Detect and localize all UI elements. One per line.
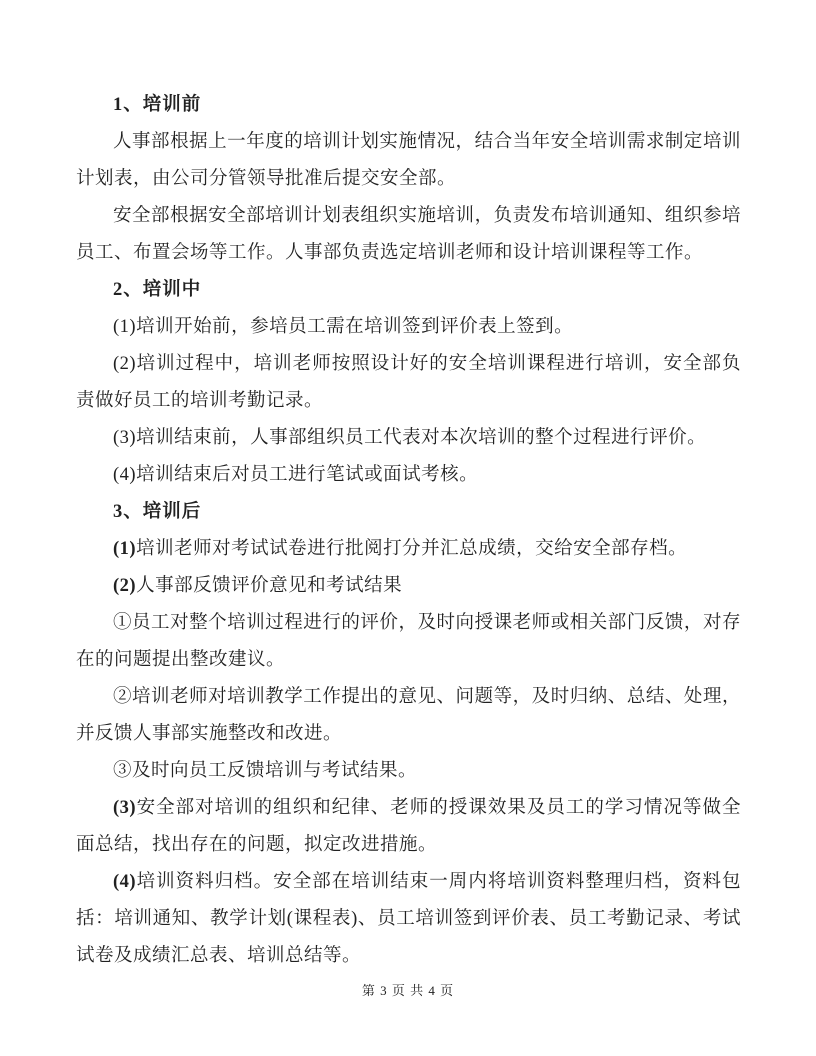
paragraph: (3)安全部对培训的组织和纪律、老师的授课效果及员工的学习情况等做全面总结，找出… <box>76 790 741 864</box>
paragraph: 安全部根据安全部培训计划表组织实施培训，负责发布培训通知、组织参培员工、布置会场… <box>76 198 741 272</box>
paragraph-text: 安全部对培训的组织和纪律、老师的授课效果及员工的学习情况等做全面总结，找出存在的… <box>76 798 741 855</box>
paragraph: (4)培训资料归档。安全部在培训结束一周内将培训资料整理归档，资料包括：培训通知… <box>76 864 741 975</box>
paragraph-text: (4)培训结束后对员工进行笔试或面试考核。 <box>113 465 478 485</box>
paragraph-text: (2)培训过程中，培训老师按照设计好的安全培训课程进行培训，安全部负责做好员工的… <box>76 354 741 411</box>
paragraph-text: ②培训老师对培训教学工作提出的意见、问题等，及时归纳、总结、处理，并反馈人事部实… <box>76 687 741 744</box>
paragraph-text: 安全部根据安全部培训计划表组织实施培训，负责发布培训通知、组织参培员工、布置会场… <box>76 206 741 263</box>
section-3-heading: 3、培训后 <box>76 494 741 531</box>
list-marker: (1) <box>113 539 136 559</box>
list-marker: (2) <box>113 576 136 596</box>
document-body: 1、培训前 人事部根据上一年度的培训计划实施情况，结合当年安全培训需求制定培训计… <box>76 87 741 975</box>
paragraph-text: (3)培训结束前，人事部组织员工代表对本次培训的整个过程进行评价。 <box>113 428 706 448</box>
paragraph-text: 培训资料归档。安全部在培训结束一周内将培训资料整理归档，资料包括：培训通知、教学… <box>76 872 741 966</box>
paragraph: (2)人事部反馈评价意见和考试结果 <box>76 568 741 605</box>
page-footer: 第 3 页 共 4 页 <box>0 981 816 1001</box>
document-page: 1、培训前 人事部根据上一年度的培训计划实施情况，结合当年安全培训需求制定培训计… <box>0 0 816 1056</box>
paragraph: (4)培训结束后对员工进行笔试或面试考核。 <box>76 457 741 494</box>
paragraph: 人事部根据上一年度的培训计划实施情况，结合当年安全培训需求制定培训计划表，由公司… <box>76 124 741 198</box>
section-1-heading: 1、培训前 <box>76 87 741 124</box>
paragraph-text: 人事部反馈评价意见和考试结果 <box>136 576 402 596</box>
section-2-heading: 2、培训中 <box>76 272 741 309</box>
paragraph: (1)培训老师对考试试卷进行批阅打分并汇总成绩，交给安全部存档。 <box>76 531 741 568</box>
paragraph-text: ③及时向员工反馈培训与考试结果。 <box>113 761 417 781</box>
paragraph: (3)培训结束前，人事部组织员工代表对本次培训的整个过程进行评价。 <box>76 420 741 457</box>
page-number-indicator: 第 3 页 共 4 页 <box>362 983 454 998</box>
paragraph: ①员工对整个培训过程进行的评价，及时向授课老师或相关部门反馈，对存在的问题提出整… <box>76 605 741 679</box>
paragraph-text: (1)培训开始前，参培员工需在培训签到评价表上签到。 <box>113 317 573 337</box>
list-marker: (3) <box>113 798 136 818</box>
paragraph: ③及时向员工反馈培训与考试结果。 <box>76 753 741 790</box>
paragraph-text: 培训老师对考试试卷进行批阅打分并汇总成绩，交给安全部存档。 <box>136 539 687 559</box>
paragraph-text: ①员工对整个培训过程进行的评价，及时向授课老师或相关部门反馈，对存在的问题提出整… <box>76 613 741 670</box>
paragraph: (1)培训开始前，参培员工需在培训签到评价表上签到。 <box>76 309 741 346</box>
paragraph: (2)培训过程中，培训老师按照设计好的安全培训课程进行培训，安全部负责做好员工的… <box>76 346 741 420</box>
paragraph-text: 人事部根据上一年度的培训计划实施情况，结合当年安全培训需求制定培训计划表，由公司… <box>76 132 741 189</box>
paragraph: ②培训老师对培训教学工作提出的意见、问题等，及时归纳、总结、处理，并反馈人事部实… <box>76 679 741 753</box>
list-marker: (4) <box>113 872 136 892</box>
